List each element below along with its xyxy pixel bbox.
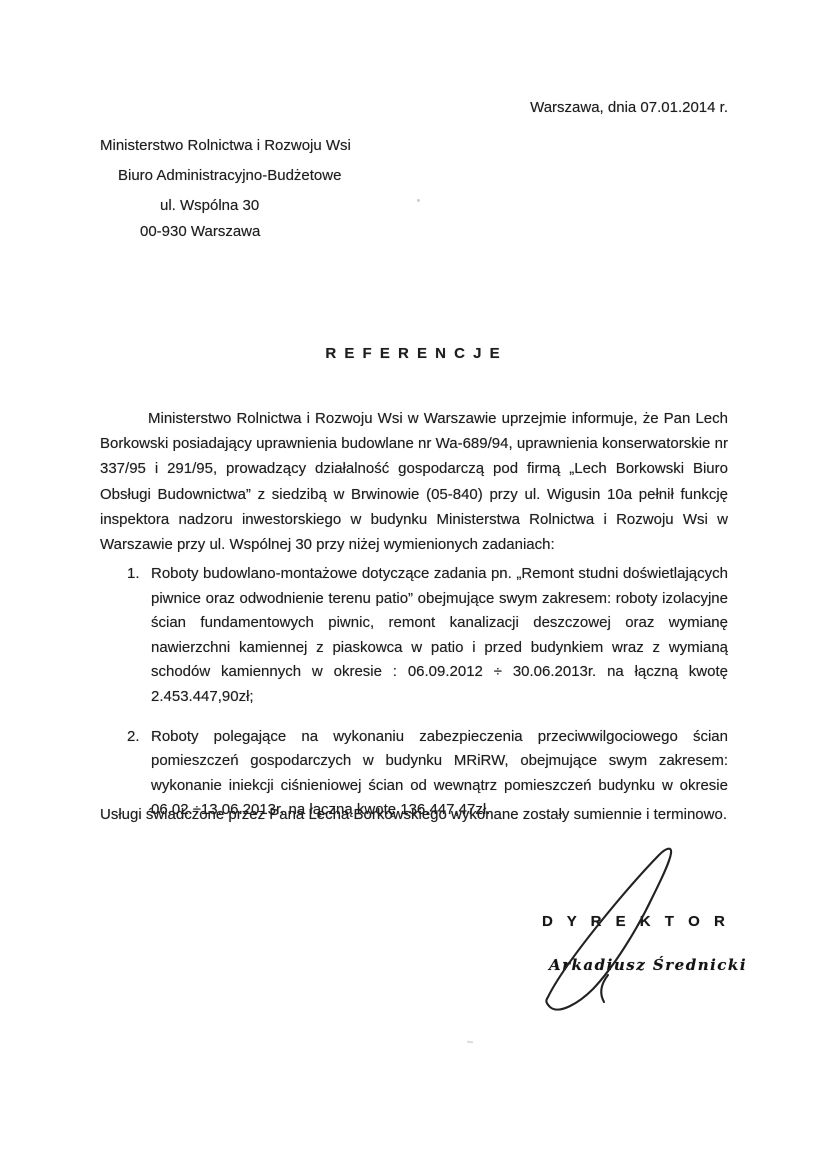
task-list: 1. Roboty budowlano-montażowe dotyczące … bbox=[127, 562, 728, 823]
sender-line-department: Biuro Administracyjno-Budżetowe bbox=[118, 161, 351, 190]
document-page: Warszawa, dnia 07.01.2014 r. Ministerstw… bbox=[0, 0, 827, 1169]
sender-address-block: Ministerstwo Rolnictwa i Rozwoju Wsi Biu… bbox=[100, 131, 351, 246]
list-item: 1. Roboty budowlano-montażowe dotyczące … bbox=[127, 562, 728, 710]
letter-title: R E F E R E N C J E bbox=[0, 345, 827, 362]
sender-line-city: 00-930 Warszawa bbox=[140, 217, 351, 246]
closing-paragraph: Usługi świadczone przez Pana Lecha Borko… bbox=[100, 806, 740, 823]
list-item-number: 1. bbox=[127, 562, 151, 710]
list-item-text: Roboty budowlano-montażowe dotyczące zad… bbox=[151, 562, 728, 710]
scan-artifact-mark bbox=[467, 1041, 473, 1044]
sender-line-street: ul. Wspólna 30 bbox=[160, 191, 351, 220]
intro-paragraph: Ministerstwo Rolnictwa i Rozwoju Wsi w W… bbox=[100, 406, 728, 557]
signature-role: D Y R E K T O R bbox=[542, 913, 730, 930]
signature-name: Arkadiusz Średnicki bbox=[549, 956, 747, 974]
scan-artifact-dot bbox=[417, 199, 420, 202]
date-line: Warszawa, dnia 07.01.2014 r. bbox=[530, 99, 728, 116]
sender-line-organization: Ministerstwo Rolnictwa i Rozwoju Wsi bbox=[100, 131, 351, 160]
